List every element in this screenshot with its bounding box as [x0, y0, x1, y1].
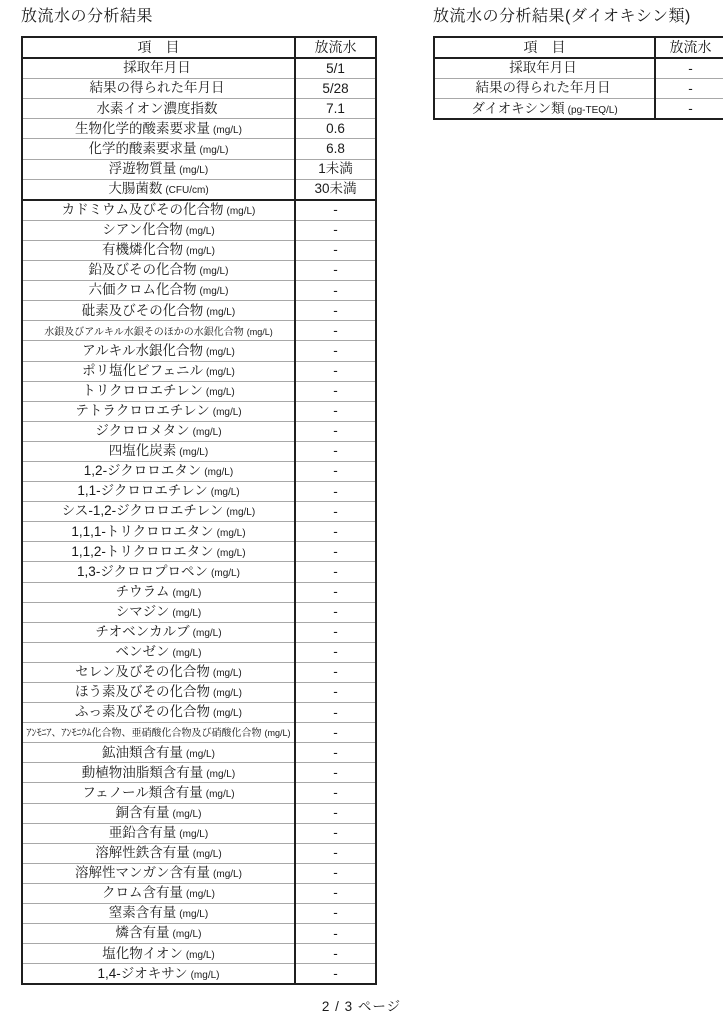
- parameter-name: 1,4-ジオキサン: [98, 966, 188, 981]
- parameter-value: -: [295, 321, 376, 341]
- parameter-value: -: [295, 281, 376, 301]
- parameter-name: ふっ素及びその化合物: [75, 704, 210, 719]
- parameter-name-cell: 溶解性鉄含有量(mg/L): [22, 843, 295, 863]
- effluent-table-body: 採取年月日 5/1 結果の得られた年月日 5/28 水素イオン濃度指数 7.1: [22, 58, 376, 984]
- parameter-name: 塩化物イオン: [102, 946, 183, 961]
- parameter-row: 結果の得られた年月日 -: [434, 79, 723, 99]
- dioxin-table-body: 採取年月日 - 結果の得られた年月日 - ダイオキシン類(pg-TEQ/L) -: [434, 58, 723, 119]
- parameter-name-cell: 1,2-ジクロロエタン(mg/L): [22, 461, 295, 481]
- parameter-unit: (mg/L): [172, 588, 201, 599]
- parameter-name-cell: 水銀及びアルキル水銀そのほかの水銀化合物(mg/L): [22, 321, 295, 341]
- parameter-name-cell: 鉛及びその化合物(mg/L): [22, 261, 295, 281]
- parameter-name: テトラクロロエチレン: [75, 403, 209, 418]
- parameter-name: 溶解性マンガン含有量: [75, 865, 210, 880]
- parameter-name-cell: ほう素及びその化合物(mg/L): [22, 683, 295, 703]
- parameter-row: トリクロロエチレン(mg/L) -: [22, 381, 376, 401]
- parameter-name: 四塩化炭素: [109, 443, 177, 458]
- parameter-unit: (mg/L): [247, 327, 273, 337]
- parameter-name-cell: 大腸菌数(CFU/cm): [22, 179, 295, 200]
- parameter-name-cell: チオベンカルブ(mg/L): [22, 622, 295, 642]
- parameter-unit: (mg/L): [173, 648, 202, 659]
- parameter-row: 1,4-ジオキサン(mg/L) -: [22, 964, 376, 985]
- parameter-row: ふっ素及びその化合物(mg/L) -: [22, 703, 376, 723]
- parameter-value: -: [295, 482, 376, 502]
- parameter-unit: (mg/L): [211, 568, 240, 579]
- parameter-value: -: [295, 461, 376, 481]
- parameter-name: 有機燐化合物: [102, 242, 183, 257]
- effluent-analysis-section: 放流水の分析結果 項 目 放流水 採取年月日 5/1 結果の得られた年月日: [21, 6, 363, 985]
- parameter-name: ジクロロメタン: [95, 423, 189, 438]
- parameter-value: -: [295, 200, 376, 221]
- parameter-name-cell: クロム含有量(mg/L): [22, 883, 295, 903]
- dioxin-table-header-row: 項 目 放流水: [434, 37, 723, 58]
- parameter-name-cell: トリクロロエチレン(mg/L): [22, 381, 295, 401]
- parameter-name: 採取年月日: [123, 60, 191, 75]
- parameter-unit: (mg/L): [213, 708, 242, 719]
- parameter-name-cell: ふっ素及びその化合物(mg/L): [22, 703, 295, 723]
- parameter-unit: (mg/L): [200, 145, 229, 156]
- parameter-value: -: [655, 79, 723, 99]
- parameter-name-cell: シス-1,2-ジクロロエチレン(mg/L): [22, 502, 295, 522]
- parameter-name: 窒素含有量: [109, 905, 177, 920]
- parameter-name-cell: ベンゼン(mg/L): [22, 642, 295, 662]
- parameter-name: 水銀及びアルキル水銀そのほかの水銀化合物: [44, 327, 244, 338]
- parameter-name: 水素イオン濃度指数: [96, 101, 217, 116]
- parameter-name: シス-1,2-ジクロロエチレン: [62, 503, 223, 518]
- parameter-name: 1,3-ジクロロプロペン: [77, 564, 208, 579]
- parameter-unit: (mg/L): [200, 286, 229, 297]
- parameter-row: 鉱油類含有量(mg/L) -: [22, 743, 376, 763]
- parameter-name: 1,1,1-トリクロロエタン: [71, 524, 213, 539]
- parameter-unit: (mg/L): [264, 728, 290, 738]
- parameter-row: 四塩化炭素(mg/L) -: [22, 441, 376, 461]
- parameter-row: 水銀及びアルキル水銀そのほかの水銀化合物(mg/L) -: [22, 321, 376, 341]
- parameter-name: 砒素及びその化合物: [82, 303, 204, 318]
- dioxin-table-title: 放流水の分析結果(ダイオキシン類): [433, 6, 713, 28]
- parameter-name: 亜鉛含有量: [109, 825, 177, 840]
- parameter-value: -: [655, 99, 723, 120]
- parameter-value: -: [295, 542, 376, 562]
- parameter-name: ポリ塩化ビフェニル: [82, 363, 203, 378]
- parameter-value: -: [295, 562, 376, 582]
- parameter-unit: (mg/L): [179, 829, 208, 840]
- parameter-value: -: [295, 662, 376, 682]
- parameter-value: -: [295, 642, 376, 662]
- parameter-name-cell: 塩化物イオン(mg/L): [22, 944, 295, 964]
- parameter-unit: (mg/L): [186, 246, 215, 257]
- parameter-value: 7.1: [295, 99, 376, 119]
- parameter-unit: (mg/L): [191, 970, 220, 981]
- parameter-name: クロム含有量: [102, 885, 183, 900]
- parameter-name: チオベンカルブ: [95, 624, 189, 639]
- parameter-value: -: [295, 522, 376, 542]
- parameter-name: 燐含有量: [116, 925, 170, 940]
- parameter-unit: (CFU/cm): [165, 185, 208, 196]
- parameter-row: クロム含有量(mg/L) -: [22, 883, 376, 903]
- parameter-name: ダイオキシン類: [471, 101, 564, 116]
- item-column-header: 項 目: [22, 37, 295, 58]
- parameter-unit: (mg/L): [226, 206, 255, 217]
- parameter-name-cell: 採取年月日: [434, 58, 655, 79]
- parameter-value: -: [295, 341, 376, 361]
- parameter-row: カドミウム及びその化合物(mg/L) -: [22, 200, 376, 221]
- page-number: 2 / 3 ページ: [0, 995, 723, 1015]
- parameter-name: カドミウム及びその化合物: [62, 202, 224, 217]
- parameter-name: 化学的酸素要求量: [89, 141, 197, 156]
- parameter-value: -: [295, 823, 376, 843]
- parameter-name-cell: ポリ塩化ビフェニル(mg/L): [22, 361, 295, 381]
- parameter-value: -: [295, 703, 376, 723]
- parameter-name: 六価クロム化合物: [89, 282, 197, 297]
- parameter-unit: (mg/L): [173, 809, 202, 820]
- parameter-name-cell: フェノール類含有量(mg/L): [22, 783, 295, 803]
- parameter-name: 鉱油類含有量: [102, 745, 183, 760]
- parameter-row: 1,1,2-トリクロロエタン(mg/L) -: [22, 542, 376, 562]
- document-page: 放流水の分析結果 項 目 放流水 採取年月日 5/1 結果の得られた年月日: [0, 0, 723, 1024]
- parameter-row: ジクロロメタン(mg/L) -: [22, 421, 376, 441]
- parameter-name: 1,1,2-トリクロロエタン: [71, 544, 213, 559]
- parameter-value: -: [295, 763, 376, 783]
- parameter-row: 塩化物イオン(mg/L) -: [22, 944, 376, 964]
- parameter-value: -: [295, 723, 376, 743]
- parameter-row: 有機燐化合物(mg/L) -: [22, 240, 376, 260]
- parameter-value: -: [295, 883, 376, 903]
- parameter-value: -: [295, 964, 376, 985]
- parameter-name-cell: 窒素含有量(mg/L): [22, 904, 295, 924]
- parameter-name: 1,2-ジクロロエタン: [84, 463, 202, 478]
- parameter-row: 鉛及びその化合物(mg/L) -: [22, 261, 376, 281]
- parameter-value: -: [295, 843, 376, 863]
- parameter-value: -: [655, 58, 723, 79]
- parameter-value: -: [295, 683, 376, 703]
- parameter-unit: (mg/L): [193, 628, 222, 639]
- parameter-name: シアン化合物: [102, 222, 182, 237]
- parameter-name-cell: 1,1-ジクロロエチレン(mg/L): [22, 482, 295, 502]
- parameter-name: 結果の得られた年月日: [90, 80, 225, 95]
- parameter-row: 1,1,1-トリクロロエタン(mg/L) -: [22, 522, 376, 542]
- parameter-name-cell: 採取年月日: [22, 58, 295, 79]
- parameter-row: チオベンカルブ(mg/L) -: [22, 622, 376, 642]
- parameter-value: -: [295, 743, 376, 763]
- parameter-value: -: [295, 924, 376, 944]
- parameter-name-cell: ｱﾝﾓﾆｱ、ｱﾝﾓﾆｳﾑ化合物、亜硝酸化合物及び硝酸化合物(mg/L): [22, 723, 295, 743]
- parameter-row: 採取年月日 -: [434, 58, 723, 79]
- parameter-value: -: [295, 240, 376, 260]
- parameter-name: フェノール類含有量: [82, 785, 202, 800]
- parameter-value: -: [295, 502, 376, 522]
- parameter-unit: (mg/L): [200, 266, 229, 277]
- parameter-name: チウラム: [116, 584, 170, 599]
- parameter-row: 生物化学的酸素要求量(mg/L) 0.6: [22, 119, 376, 139]
- parameter-row: ベンゼン(mg/L) -: [22, 642, 376, 662]
- parameter-row: ダイオキシン類(pg-TEQ/L) -: [434, 99, 723, 120]
- parameter-name-cell: 1,1,1-トリクロロエタン(mg/L): [22, 522, 295, 542]
- parameter-name-cell: 溶解性マンガン含有量(mg/L): [22, 863, 295, 883]
- parameter-name-cell: テトラクロロエチレン(mg/L): [22, 401, 295, 421]
- parameter-row: 採取年月日 5/1: [22, 58, 376, 79]
- parameter-unit: (mg/L): [226, 507, 255, 518]
- parameter-value: 1未満: [295, 159, 376, 179]
- parameter-row: 1,2-ジクロロエタン(mg/L) -: [22, 461, 376, 481]
- parameter-row: ｱﾝﾓﾆｱ、ｱﾝﾓﾆｳﾑ化合物、亜硝酸化合物及び硝酸化合物(mg/L) -: [22, 723, 376, 743]
- parameter-unit: (pg-TEQ/L): [568, 105, 618, 116]
- parameter-name-cell: 四塩化炭素(mg/L): [22, 441, 295, 461]
- parameter-name-cell: 浮遊物質量(mg/L): [22, 159, 295, 179]
- parameter-unit: (mg/L): [193, 427, 222, 438]
- item-column-header: 項 目: [434, 37, 655, 58]
- parameter-name-cell: カドミウム及びその化合物(mg/L): [22, 200, 295, 221]
- parameter-unit: (mg/L): [179, 909, 208, 920]
- parameter-name-cell: 六価クロム化合物(mg/L): [22, 281, 295, 301]
- parameter-row: 銅含有量(mg/L) -: [22, 803, 376, 823]
- parameter-row: 1,3-ジクロロプロペン(mg/L) -: [22, 562, 376, 582]
- parameter-name: シマジン: [116, 604, 170, 619]
- parameter-name-cell: 燐含有量(mg/L): [22, 924, 295, 944]
- parameter-value: -: [295, 602, 376, 622]
- parameter-name-cell: 銅含有量(mg/L): [22, 803, 295, 823]
- parameter-unit: (mg/L): [173, 929, 202, 940]
- parameter-name-cell: 有機燐化合物(mg/L): [22, 240, 295, 260]
- parameter-value: -: [295, 261, 376, 281]
- parameter-name-cell: 鉱油類含有量(mg/L): [22, 743, 295, 763]
- parameter-name: セレン及びその化合物: [75, 664, 210, 679]
- parameter-name-cell: セレン及びその化合物(mg/L): [22, 662, 295, 682]
- parameter-name-cell: 化学的酸素要求量(mg/L): [22, 139, 295, 159]
- parameter-name-cell: アルキル水銀化合物(mg/L): [22, 341, 295, 361]
- parameter-value: -: [295, 441, 376, 461]
- parameter-row: ポリ塩化ビフェニル(mg/L) -: [22, 361, 376, 381]
- parameter-value: -: [295, 220, 376, 240]
- parameter-name: 採取年月日: [509, 60, 577, 75]
- parameter-name: 銅含有量: [116, 805, 170, 820]
- parameter-value: -: [295, 301, 376, 321]
- parameter-unit: (mg/L): [217, 548, 246, 559]
- parameter-name: 結果の得られた年月日: [476, 80, 611, 95]
- parameter-unit: (mg/L): [186, 749, 215, 760]
- parameter-row: 化学的酸素要求量(mg/L) 6.8: [22, 139, 376, 159]
- parameter-value: 6.8: [295, 139, 376, 159]
- parameter-row: 水素イオン濃度指数 7.1: [22, 99, 376, 119]
- parameter-row: 結果の得られた年月日 5/28: [22, 79, 376, 99]
- parameter-unit: (mg/L): [206, 769, 235, 780]
- parameter-name-cell: 結果の得られた年月日: [434, 79, 655, 99]
- parameter-unit: (mg/L): [206, 789, 235, 800]
- parameter-unit: (mg/L): [186, 950, 215, 961]
- dioxin-analysis-section: 放流水の分析結果(ダイオキシン類) 項 目 放流水 採取年月日 - 結果の得られ…: [433, 6, 713, 120]
- parameter-value: 5/28: [295, 79, 376, 99]
- parameter-value: -: [295, 944, 376, 964]
- parameter-name-cell: ジクロロメタン(mg/L): [22, 421, 295, 441]
- parameter-unit: (mg/L): [186, 226, 215, 237]
- parameter-row: 1,1-ジクロロエチレン(mg/L) -: [22, 482, 376, 502]
- parameter-unit: (mg/L): [206, 367, 235, 378]
- parameter-row: チウラム(mg/L) -: [22, 582, 376, 602]
- parameter-name: 動植物油脂類含有量: [82, 765, 204, 780]
- parameter-name: 浮遊物質量: [109, 161, 177, 176]
- parameter-unit: (mg/L): [204, 467, 233, 478]
- parameter-unit: (mg/L): [213, 407, 242, 418]
- parameter-row: 六価クロム化合物(mg/L) -: [22, 281, 376, 301]
- parameter-row: 亜鉛含有量(mg/L) -: [22, 823, 376, 843]
- parameter-row: 窒素含有量(mg/L) -: [22, 904, 376, 924]
- parameter-row: 溶解性鉄含有量(mg/L) -: [22, 843, 376, 863]
- parameter-unit: (mg/L): [206, 307, 235, 318]
- parameter-row: 浮遊物質量(mg/L) 1未満: [22, 159, 376, 179]
- parameter-value: -: [295, 622, 376, 642]
- parameter-value: -: [295, 401, 376, 421]
- parameter-value: 30未満: [295, 179, 376, 200]
- parameter-name: ｱﾝﾓﾆｱ、ｱﾝﾓﾆｳﾑ化合物、亜硝酸化合物及び硝酸化合物: [26, 728, 261, 739]
- parameter-row: 燐含有量(mg/L) -: [22, 924, 376, 944]
- parameter-value: -: [295, 421, 376, 441]
- parameter-name-cell: チウラム(mg/L): [22, 582, 295, 602]
- parameter-unit: (mg/L): [193, 849, 222, 860]
- dioxin-analysis-table: 項 目 放流水 採取年月日 - 結果の得られた年月日 -: [433, 36, 723, 120]
- parameter-unit: (mg/L): [213, 688, 242, 699]
- parameter-unit: (mg/L): [172, 608, 201, 619]
- parameter-row: フェノール類含有量(mg/L) -: [22, 783, 376, 803]
- effluent-column-header: 放流水: [295, 37, 376, 58]
- parameter-row: アルキル水銀化合物(mg/L) -: [22, 341, 376, 361]
- parameter-name: 1,1-ジクロロエチレン: [77, 483, 207, 498]
- parameter-value: -: [295, 803, 376, 823]
- parameter-value: -: [295, 904, 376, 924]
- parameter-row: 砒素及びその化合物(mg/L) -: [22, 301, 376, 321]
- parameter-name-cell: シアン化合物(mg/L): [22, 220, 295, 240]
- parameter-row: 溶解性マンガン含有量(mg/L) -: [22, 863, 376, 883]
- parameter-name-cell: 亜鉛含有量(mg/L): [22, 823, 295, 843]
- parameter-row: テトラクロロエチレン(mg/L) -: [22, 401, 376, 421]
- parameter-name-cell: 結果の得られた年月日: [22, 79, 295, 99]
- parameter-name-cell: 動植物油脂類含有量(mg/L): [22, 763, 295, 783]
- parameter-unit: (mg/L): [186, 889, 215, 900]
- parameter-unit: (mg/L): [179, 447, 208, 458]
- effluent-table-title: 放流水の分析結果: [21, 6, 363, 28]
- parameter-name-cell: シマジン(mg/L): [22, 602, 295, 622]
- parameter-name-cell: 砒素及びその化合物(mg/L): [22, 301, 295, 321]
- parameter-name-cell: 水素イオン濃度指数: [22, 99, 295, 119]
- parameter-name: 生物化学的酸素要求量: [75, 121, 210, 136]
- parameter-row: セレン及びその化合物(mg/L) -: [22, 662, 376, 682]
- parameter-row: 大腸菌数(CFU/cm) 30未満: [22, 179, 376, 200]
- parameter-name: 大腸菌数: [108, 181, 162, 196]
- parameter-row: シス-1,2-ジクロロエチレン(mg/L) -: [22, 502, 376, 522]
- parameter-value: -: [295, 582, 376, 602]
- parameter-row: 動植物油脂類含有量(mg/L) -: [22, 763, 376, 783]
- parameter-unit: (mg/L): [179, 165, 208, 176]
- parameter-name: 溶解性鉄含有量: [95, 845, 190, 860]
- parameter-name-cell: 生物化学的酸素要求量(mg/L): [22, 119, 295, 139]
- parameter-unit: (mg/L): [206, 347, 235, 358]
- parameter-value: -: [295, 783, 376, 803]
- parameter-value: -: [295, 361, 376, 381]
- effluent-column-header: 放流水: [655, 37, 723, 58]
- parameter-name: 鉛及びその化合物: [89, 262, 197, 277]
- parameter-unit: (mg/L): [217, 528, 246, 539]
- parameter-value: 0.6: [295, 119, 376, 139]
- parameter-name: ほう素及びその化合物: [75, 684, 210, 699]
- parameter-name-cell: ダイオキシン類(pg-TEQ/L): [434, 99, 655, 120]
- effluent-table-header-row: 項 目 放流水: [22, 37, 376, 58]
- parameter-value: 5/1: [295, 58, 376, 79]
- parameter-row: ほう素及びその化合物(mg/L) -: [22, 683, 376, 703]
- parameter-value: -: [295, 863, 376, 883]
- parameter-value: -: [295, 381, 376, 401]
- parameter-name-cell: 1,3-ジクロロプロペン(mg/L): [22, 562, 295, 582]
- parameter-row: シマジン(mg/L) -: [22, 602, 376, 622]
- parameter-name-cell: 1,1,2-トリクロロエタン(mg/L): [22, 542, 295, 562]
- parameter-name-cell: 1,4-ジオキサン(mg/L): [22, 964, 295, 985]
- parameter-unit: (mg/L): [213, 668, 242, 679]
- parameter-name: アルキル水銀化合物: [82, 343, 203, 358]
- parameter-unit: (mg/L): [211, 487, 240, 498]
- effluent-analysis-table: 項 目 放流水 採取年月日 5/1 結果の得られた年月日 5/28: [21, 36, 377, 985]
- parameter-name: ベンゼン: [116, 644, 170, 659]
- parameter-unit: (mg/L): [213, 125, 242, 136]
- parameter-row: シアン化合物(mg/L) -: [22, 220, 376, 240]
- parameter-unit: (mg/L): [206, 387, 235, 398]
- parameter-unit: (mg/L): [213, 869, 242, 880]
- parameter-name: トリクロロエチレン: [82, 383, 203, 398]
